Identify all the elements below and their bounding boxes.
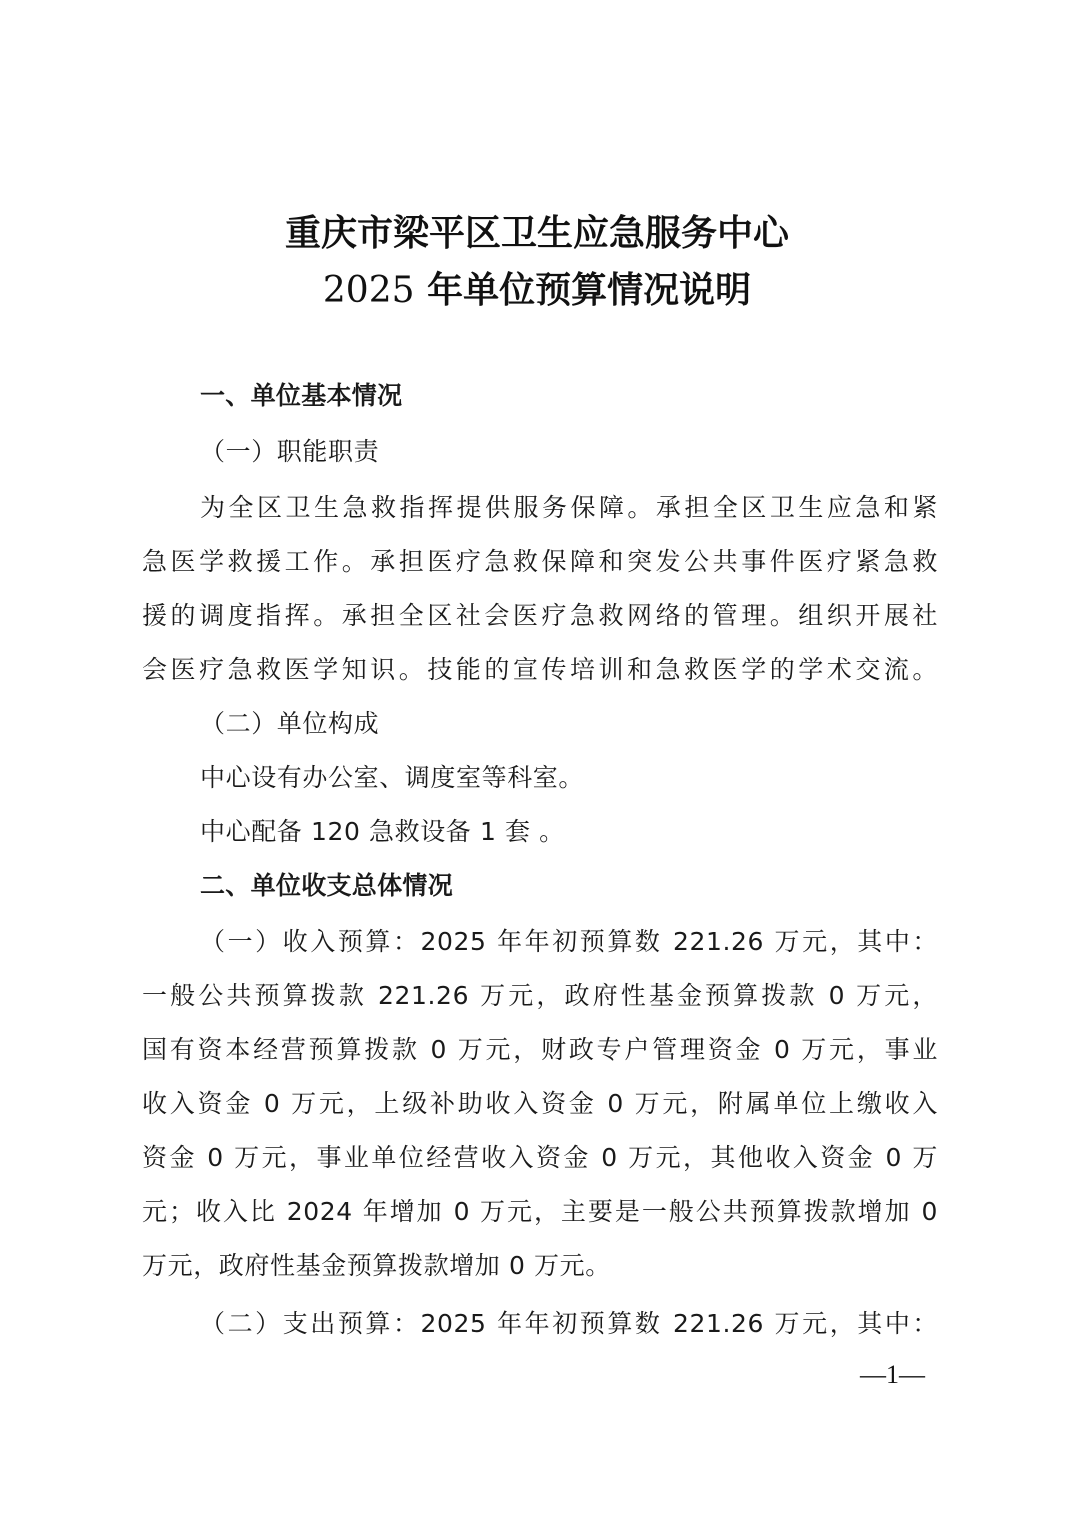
document-title-line2: 2025 年单位预算情况说明: [0, 262, 1074, 313]
paragraph-line: （二）支出预算：2025 年年初预算数 221.26 万元，其中：: [200, 1304, 938, 1340]
section-heading-overall: 二、单位收支总体情况: [200, 866, 996, 902]
paragraph-line: （一）收入预算：2025 年年初预算数 221.26 万元，其中：: [200, 922, 938, 958]
paragraph-line: 中心设有办公室、调度室等科室。: [200, 758, 938, 794]
document-page: 重庆市梁平区卫生应急服务中心 2025 年单位预算情况说明 一、单位基本情况 （…: [0, 0, 1074, 1520]
page-number: —1—: [860, 1360, 925, 1390]
paragraph-line: 援的调度指挥。承担全区社会医疗急救网络的管理。组织开展社: [142, 596, 938, 632]
title-year: 2025: [323, 270, 415, 311]
paragraph-line: 元；收入比 2024 年增加 0 万元，主要是一般公共预算拨款增加 0: [142, 1192, 938, 1228]
section-heading-basic-info: 一、单位基本情况: [200, 376, 996, 412]
paragraph-line: 收入资金 0 万元，上级补助收入资金 0 万元，附属单位上缴收入: [142, 1084, 938, 1120]
document-title-line1: 重庆市梁平区卫生应急服务中心: [0, 205, 1074, 256]
paragraph-line: 会医疗急救医学知识。技能的宣传培训和急救医学的学术交流。: [142, 650, 938, 686]
title-rest: 年单位预算情况说明: [415, 269, 752, 311]
paragraph-line: 国有资本经营预算拨款 0 万元，财政专户管理资金 0 万元，事业: [142, 1030, 938, 1066]
subheading-functions: （一）职能职责: [200, 432, 938, 468]
paragraph-line: 急医学救援工作。承担医疗急救保障和突发公共事件医疗紧急救: [142, 542, 938, 578]
paragraph-line: 万元，政府性基金预算拨款增加 0 万元。: [142, 1246, 938, 1282]
paragraph-line: 资金 0 万元，事业单位经营收入资金 0 万元，其他收入资金 0 万: [142, 1138, 938, 1174]
paragraph-line: 为全区卫生急救指挥提供服务保障。承担全区卫生应急和紧: [200, 488, 938, 524]
paragraph-line: 一般公共预算拨款 221.26 万元，政府性基金预算拨款 0 万元，: [142, 976, 938, 1012]
subheading-composition: （二）单位构成: [200, 704, 938, 740]
paragraph-line: 中心配备 120 急救设备 1 套 。: [200, 812, 938, 848]
